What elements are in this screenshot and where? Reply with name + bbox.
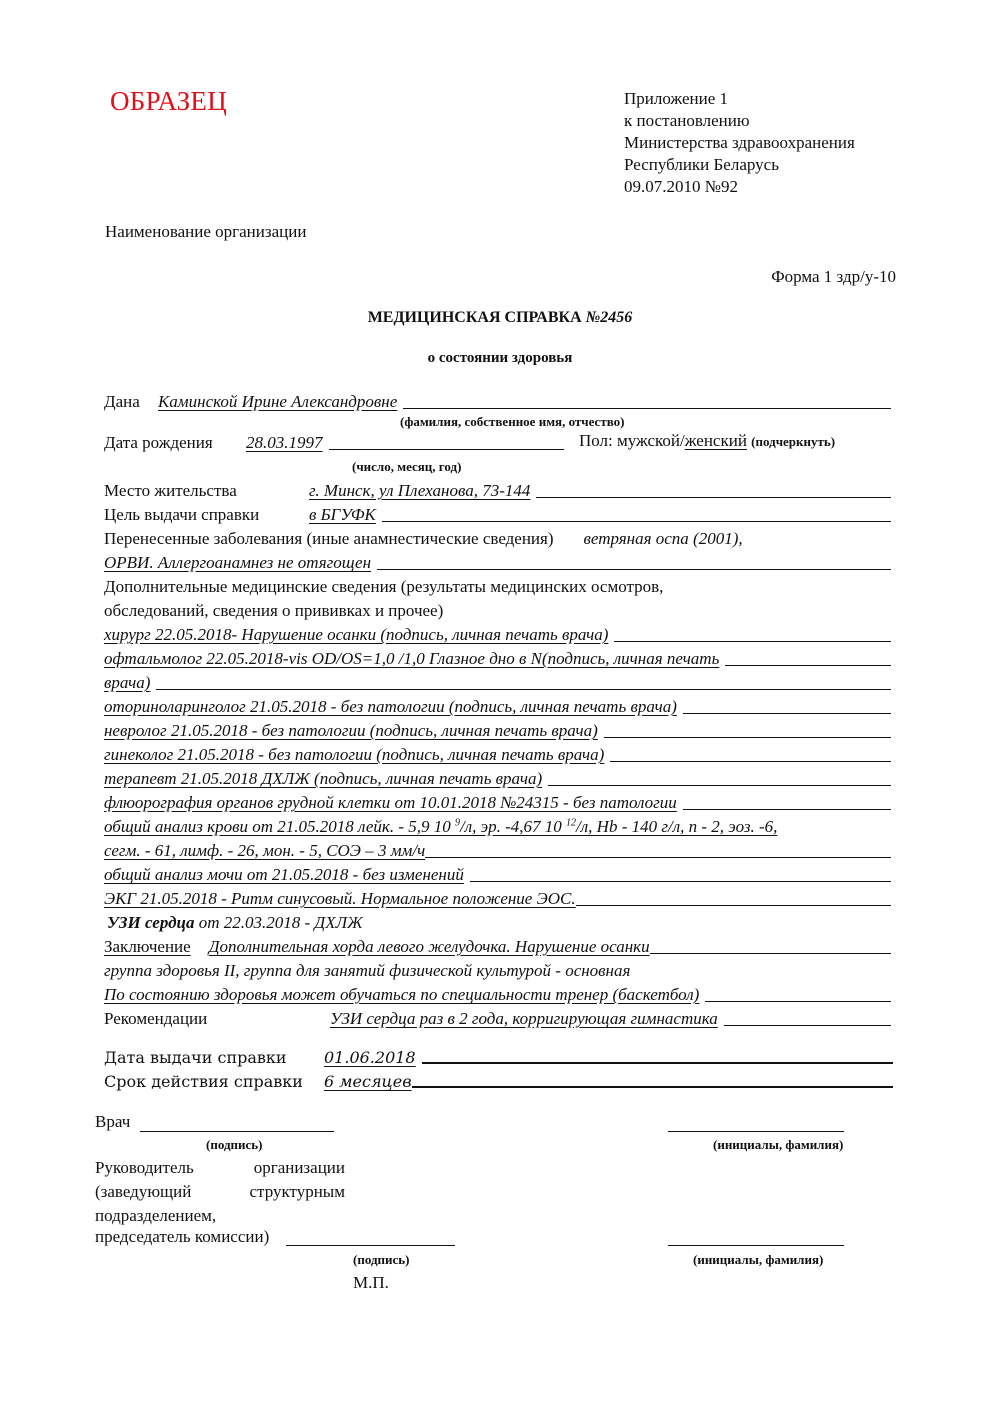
fill-line [422, 1062, 893, 1064]
additional-label: Дополнительные медицинские сведения (рез… [104, 577, 663, 597]
sample-stamp: ОБРАЗЕЦ [110, 86, 227, 117]
urine-test-text[interactable]: общий анализ мочи от 21.05.2018 - без из… [104, 865, 464, 885]
date-hint: (число, месяц, год) [352, 459, 461, 475]
fill-line [725, 665, 891, 666]
annex-line: 09.07.2010 №92 [624, 176, 855, 198]
fill-line [683, 809, 891, 810]
exam-entry: флюорография органов грудной клетки от 1… [104, 791, 891, 813]
issued-to-value[interactable]: Каминской Ирине Александровне [158, 392, 397, 412]
fill-line [403, 408, 891, 409]
fill-line [329, 449, 565, 450]
validity-label: Срок действия справки [104, 1072, 324, 1091]
blood-part: /л, Hb - 140 г/л, п - 2, эоз. -6, [576, 817, 777, 836]
echo-row: УЗИ сердца от 22.03.2018 - ДХЛЖ [104, 911, 891, 933]
head-label-line-4: председатель комиссии) [95, 1227, 269, 1247]
blood-test-text-2[interactable]: сегм. - 61, лимф. - 26, мон. - 5, СОЭ – … [104, 841, 425, 861]
exam-entry: офтальмолог 22.05.2018-vis OD/OS=1,0 /1,… [104, 647, 891, 669]
annex-line: Республики Беларусь [624, 154, 855, 176]
past-diseases-value[interactable]: ветряная оспа (2001), [584, 529, 743, 549]
head-label-word: (заведующий [95, 1182, 191, 1202]
signature-hint: (подпись) [206, 1137, 262, 1153]
exam-entry: невролог 21.05.2018 - без патологии (под… [104, 719, 891, 741]
issue-date-label: Дата выдачи справки [104, 1048, 324, 1067]
doctor-initials-line[interactable] [668, 1131, 844, 1132]
additional-label-2: обследований, сведения о прививках и про… [104, 601, 443, 621]
form-code: Форма 1 здр/у-10 [771, 267, 896, 287]
fill-line [470, 881, 891, 882]
blood-part: /л, эр. -4,67 10 [460, 817, 566, 836]
additional-label-row-2: обследований, сведения о прививках и про… [104, 599, 891, 621]
annex-line: Министерства здравоохранения [624, 132, 855, 154]
recommendations-row: Рекомендации УЗИ сердца раз в 2 года, ко… [104, 1007, 891, 1029]
head-label-line-3: подразделением, [95, 1206, 216, 1226]
recommendations-value[interactable]: УЗИ сердца раз в 2 года, корригирующая г… [330, 1009, 718, 1029]
issued-to-label: Дана [104, 392, 158, 412]
birth-value[interactable]: 28.03.1997 [246, 433, 323, 453]
exam-entry-text[interactable]: невролог 21.05.2018 - без патологии (под… [104, 721, 598, 741]
residence-value[interactable]: г. Минск, ул Плеханова, 73-144 [309, 481, 530, 501]
fill-line [650, 953, 891, 954]
fill-line [610, 761, 891, 762]
annex-line: Приложение 1 [624, 88, 855, 110]
purpose-value[interactable]: в БГУФК [309, 505, 376, 525]
fill-line [724, 1025, 891, 1026]
doctor-signature-line[interactable] [140, 1131, 334, 1132]
exam-entry: оториноларинголог 21.05.2018 - без патол… [104, 695, 891, 717]
exam-entry-text[interactable]: хирург 22.05.2018- Нарушение осанки (под… [104, 625, 608, 645]
certificate-number: №2456 [586, 309, 633, 326]
past-diseases-row: Перенесенные заболевания (иные анамнести… [104, 527, 891, 549]
conclusion-row-2: группа здоровья II, группа для занятий ф… [104, 959, 891, 981]
head-label-line-1: Руководитель организации [95, 1158, 345, 1178]
conclusion-label: Заключение [104, 937, 191, 957]
ecg-row: ЭКГ 21.05.2018 - Ритм синусовый. Нормаль… [104, 887, 891, 909]
additional-label-row: Дополнительные медицинские сведения (рез… [104, 575, 891, 597]
conclusion-value[interactable]: Дополнительная хорда левого желудочка. Н… [209, 937, 650, 957]
exponent: 12 [566, 817, 576, 828]
sex-selected[interactable]: женский [685, 431, 747, 450]
signature-hint: (подпись) [353, 1252, 409, 1268]
title-text: МЕДИЦИНСКАЯ СПРАВКА [368, 309, 586, 326]
exam-entry: хирург 22.05.2018- Нарушение осанки (под… [104, 623, 891, 645]
conclusion-row-3: По состоянию здоровья может обучаться по… [104, 983, 891, 1005]
blood-test-row-2: сегм. - 61, лимф. - 26, мон. - 5, СОЭ – … [104, 839, 891, 861]
training-permission-text[interactable]: По состоянию здоровья может обучаться по… [104, 985, 699, 1005]
residence-label: Место жительства [104, 481, 309, 501]
conclusion-row: Заключение Дополнительная хорда левого ж… [104, 935, 891, 957]
echo-text[interactable]: УЗИ сердца от 22.03.2018 - ДХЛЖ [107, 913, 363, 933]
fio-hint: (фамилия, собственное имя, отчество) [400, 414, 624, 430]
issue-date-row: Дата выдачи справки 01.06.2018 [104, 1045, 893, 1067]
fill-line [614, 641, 891, 642]
annex-line: к постановлению [624, 110, 855, 132]
sex-label: Пол: мужской/ [579, 431, 685, 450]
past-diseases-label: Перенесенные заболевания (иные анамнести… [104, 529, 554, 549]
organization-label: Наименование организации [105, 222, 306, 242]
blood-test-row: общий анализ крови от 21.05.2018 лейк. -… [104, 815, 891, 837]
annex-reference: Приложение 1 к постановлению Министерств… [624, 88, 855, 198]
fill-line [548, 785, 891, 786]
document-subtitle: о состоянии здоровья [0, 350, 1000, 367]
blood-test-text[interactable]: общий анализ крови от 21.05.2018 лейк. -… [104, 817, 777, 837]
past-diseases-row-2: ОРВИ. Аллергоанамнез не отягощен [104, 551, 891, 573]
exam-entry: терапевт 21.05.2018 ДХЛЖ (подпись, лична… [104, 767, 891, 789]
head-initials-line[interactable] [668, 1245, 844, 1246]
initials-hint: (инициалы, фамилия) [693, 1252, 823, 1268]
echo-bold: УЗИ сердца [107, 913, 194, 932]
fill-line [683, 713, 891, 714]
urine-test-row: общий анализ мочи от 21.05.2018 - без из… [104, 863, 891, 885]
head-label-word: структурным [250, 1182, 345, 1202]
fill-line [536, 497, 891, 498]
fill-line [604, 737, 891, 738]
initials-hint: (инициалы, фамилия) [713, 1137, 843, 1153]
fill-line [425, 857, 891, 858]
sex-hint: (подчеркнуть) [751, 434, 835, 449]
exam-entry-text[interactable]: врача) [104, 673, 150, 693]
seal-label: М.П. [353, 1273, 389, 1293]
birth-row: Дата рождения 28.03.1997 [104, 431, 564, 453]
echo-rest: от 22.03.2018 - ДХЛЖ [194, 913, 362, 932]
exam-entry: врача) [104, 671, 891, 693]
exam-entry-text[interactable]: оториноларинголог 21.05.2018 - без патол… [104, 697, 677, 717]
exam-entry-text[interactable]: флюорография органов грудной клетки от 1… [104, 793, 677, 813]
fill-line [377, 569, 891, 570]
head-label-line-2: (заведующий структурным [95, 1182, 345, 1202]
fill-line [705, 1001, 891, 1002]
blood-part: общий анализ крови от 21.05.2018 лейк. -… [104, 817, 455, 836]
exam-entry-text[interactable]: терапевт 21.05.2018 ДХЛЖ (подпись, лична… [104, 769, 542, 789]
purpose-row: Цель выдачи справки в БГУФК [104, 503, 891, 525]
fill-line [412, 1086, 894, 1088]
fill-line [156, 689, 891, 690]
head-label-word: Руководитель [95, 1158, 194, 1178]
ecg-text[interactable]: ЭКГ 21.05.2018 - Ритм синусовый. Нормаль… [104, 889, 576, 909]
head-label-word: организации [254, 1158, 345, 1178]
fill-line [576, 905, 891, 906]
sex-field: Пол: мужской/женский (подчеркнуть) [579, 431, 835, 451]
fill-line [382, 521, 891, 522]
purpose-label: Цель выдачи справки [104, 505, 309, 525]
issued-to-row: Дана Каминской Ирине Александровне [104, 390, 891, 412]
validity-row: Срок действия справки 6 месяцев [104, 1069, 893, 1091]
doctor-label: Врач [95, 1112, 130, 1132]
exam-entry: гинеколог 21.05.2018 - без патологии (по… [104, 743, 891, 765]
birth-label: Дата рождения [104, 433, 246, 453]
past-diseases-value-2[interactable]: ОРВИ. Аллергоанамнез не отягощен [104, 553, 371, 573]
issue-date-value[interactable]: 01.06.2018 [324, 1048, 416, 1067]
recommendations-label: Рекомендации [104, 1009, 330, 1029]
residence-row: Место жительства г. Минск, ул Плеханова,… [104, 479, 891, 501]
health-group-text[interactable]: группа здоровья II, группа для занятий ф… [104, 961, 630, 981]
validity-value[interactable]: 6 месяцев [324, 1072, 412, 1091]
exam-entry-text[interactable]: гинеколог 21.05.2018 - без патологии (по… [104, 745, 604, 765]
document-title: МЕДИЦИНСКАЯ СПРАВКА №2456 [0, 309, 1000, 327]
head-signature-line[interactable] [286, 1245, 455, 1246]
exam-entry-text[interactable]: офтальмолог 22.05.2018-vis OD/OS=1,0 /1,… [104, 649, 719, 669]
